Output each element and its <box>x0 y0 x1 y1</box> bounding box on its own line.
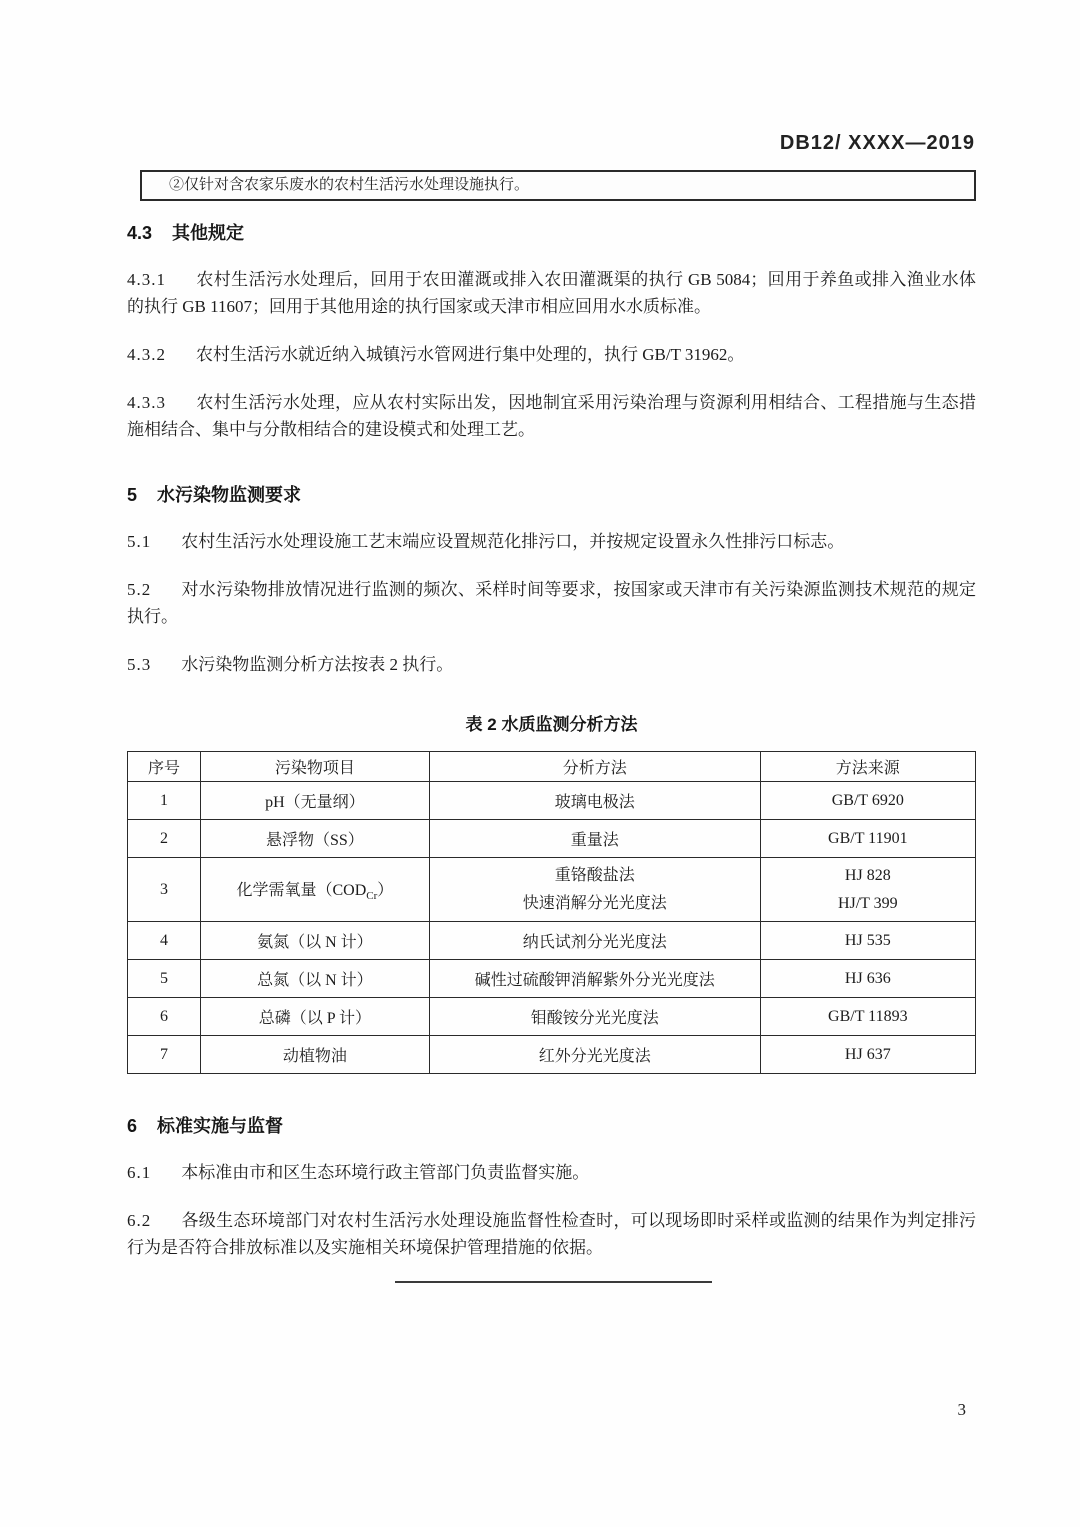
cell-method: 玻璃电极法 <box>429 782 760 820</box>
cell-no: 1 <box>128 782 201 820</box>
clause-text: 对水污染物排放情况进行监测的频次、采样时间等要求，按国家或天津市有关污染源监测技… <box>127 580 976 626</box>
cell-source: GB/T 11901 <box>760 820 975 858</box>
clause-number: 5.3 <box>127 655 151 674</box>
source-line-2: HJ/T 399 <box>765 890 971 918</box>
cell-source: GB/T 11893 <box>760 998 975 1036</box>
end-of-text-rule <box>395 1281 712 1283</box>
document-page: DB12/ XXXX—2019 ②仅针对含农家乐废水的农村生活污水处理设施执行。… <box>0 0 1080 1527</box>
cell-pollutant: 悬浮物（SS） <box>200 820 429 858</box>
table-row: 5 总氮（以 N 计） 碱性过硫酸钾消解紫外分光光度法 HJ 636 <box>128 960 976 998</box>
clause-number: 4.3.2 <box>127 345 166 364</box>
footnote-text: ②仅针对含农家乐废水的农村生活污水处理设施执行。 <box>169 177 529 193</box>
cell-source: GB/T 6920 <box>760 782 975 820</box>
source-line-1: HJ 828 <box>765 862 971 890</box>
cell-no: 7 <box>128 1036 201 1074</box>
table-row: 4 氨氮（以 N 计） 纳氏试剂分光光度法 HJ 535 <box>128 922 976 960</box>
cell-method: 红外分光光度法 <box>429 1036 760 1074</box>
table-footnote-box: ②仅针对含农家乐废水的农村生活污水处理设施执行。 <box>140 170 976 201</box>
clause-text: 农村生活污水处理设施工艺末端应设置规范化排污口，并按规定设置永久性排污口标志。 <box>181 532 844 551</box>
col-header-no: 序号 <box>128 752 201 782</box>
table-row: 1 pH（无量纲） 玻璃电极法 GB/T 6920 <box>128 782 976 820</box>
clause-text: 农村生活污水处理，应从农村实际出发，因地制宜采用污染治理与资源利用相结合、工程措… <box>127 393 976 439</box>
cell-method: 钼酸铵分光光度法 <box>429 998 760 1036</box>
clause-5-3: 5.3水污染物监测分析方法按表 2 执行。 <box>127 651 976 678</box>
cell-pollutant: pH（无量纲） <box>200 782 429 820</box>
cell-method: 重铬酸盐法 快速消解分光光度法 <box>429 858 760 922</box>
table-header-row: 序号 污染物项目 分析方法 方法来源 <box>128 752 976 782</box>
clause-6-1: 6.1本标准由市和区生态环境行政主管部门负责监督实施。 <box>127 1159 976 1186</box>
clause-text: 本标准由市和区生态环境行政主管部门负责监督实施。 <box>181 1163 589 1182</box>
section-heading-6: 6标准实施与监督 <box>127 1114 976 1138</box>
clause-4-3-2: 4.3.2农村生活污水就近纳入城镇污水管网进行集中处理的，执行 GB/T 319… <box>127 341 976 368</box>
section-heading-4-3: 4.3其他规定 <box>127 221 976 245</box>
cell-pollutant: 化学需氧量（CODCr） <box>200 858 429 922</box>
clause-text: 各级生态环境部门对农村生活污水处理设施监督性检查时，可以现场即时采样或监测的结果… <box>127 1211 976 1257</box>
cell-source: HJ 535 <box>760 922 975 960</box>
cell-no: 3 <box>128 858 201 922</box>
cell-pollutant: 动植物油 <box>200 1036 429 1074</box>
clause-number: 5.2 <box>127 580 151 599</box>
col-header-method: 分析方法 <box>429 752 760 782</box>
page-content: ②仅针对含农家乐废水的农村生活污水处理设施执行。 4.3其他规定 4.3.1农村… <box>127 170 976 1261</box>
clause-6-2: 6.2各级生态环境部门对农村生活污水处理设施监督性检查时，可以现场即时采样或监测… <box>127 1207 976 1261</box>
cell-pollutant: 总磷（以 P 计） <box>200 998 429 1036</box>
table-row: 7 动植物油 红外分光光度法 HJ 637 <box>128 1036 976 1074</box>
page-number: 3 <box>958 1400 967 1420</box>
cell-no: 6 <box>128 998 201 1036</box>
pollutant-text-end: ） <box>377 882 393 899</box>
cell-source: HJ 637 <box>760 1036 975 1074</box>
section-number: 5 <box>127 485 137 505</box>
pollutant-text: 化学需氧量（COD <box>236 882 366 899</box>
clause-text: 农村生活污水就近纳入城镇污水管网进行集中处理的，执行 GB/T 31962。 <box>196 345 744 364</box>
section-number: 4.3 <box>127 223 152 243</box>
clause-number: 6.2 <box>127 1211 151 1230</box>
cell-method: 纳氏试剂分光光度法 <box>429 922 760 960</box>
clause-number: 4.3.1 <box>127 270 166 289</box>
cell-no: 2 <box>128 820 201 858</box>
cell-source: HJ 828 HJ/T 399 <box>760 858 975 922</box>
cell-no: 5 <box>128 960 201 998</box>
section-title: 标准实施与监督 <box>157 1116 283 1136</box>
section-title: 水污染物监测要求 <box>157 485 301 505</box>
document-code: DB12/ XXXX—2019 <box>780 132 975 155</box>
clause-text: 农村生活污水处理后，回用于农田灌溉或排入农田灌溉渠的执行 GB 5084；回用于… <box>127 270 976 316</box>
table-row: 3 化学需氧量（CODCr） 重铬酸盐法 快速消解分光光度法 HJ 828 HJ… <box>128 858 976 922</box>
table-row: 2 悬浮物（SS） 重量法 GB/T 11901 <box>128 820 976 858</box>
col-header-pollutant: 污染物项目 <box>200 752 429 782</box>
section-heading-5: 5水污染物监测要求 <box>127 483 976 507</box>
clause-5-2: 5.2对水污染物排放情况进行监测的频次、采样时间等要求，按国家或天津市有关污染源… <box>127 576 976 630</box>
cell-pollutant: 总氮（以 N 计） <box>200 960 429 998</box>
pollutant-subscript: Cr <box>366 890 377 902</box>
method-line-1: 重铬酸盐法 <box>434 862 756 890</box>
col-header-source: 方法来源 <box>760 752 975 782</box>
cell-method: 重量法 <box>429 820 760 858</box>
clause-4-3-3: 4.3.3农村生活污水处理，应从农村实际出发，因地制宜采用污染治理与资源利用相结… <box>127 389 976 443</box>
cell-method: 碱性过硫酸钾消解紫外分光光度法 <box>429 960 760 998</box>
method-line-2: 快速消解分光光度法 <box>434 890 756 918</box>
clause-number: 4.3.3 <box>127 393 166 412</box>
cell-pollutant: 氨氮（以 N 计） <box>200 922 429 960</box>
clause-number: 6.1 <box>127 1163 151 1182</box>
clause-text: 水污染物监测分析方法按表 2 执行。 <box>181 655 453 674</box>
cell-no: 4 <box>128 922 201 960</box>
cell-source: HJ 636 <box>760 960 975 998</box>
clause-number: 5.1 <box>127 532 151 551</box>
table-row: 6 总磷（以 P 计） 钼酸铵分光光度法 GB/T 11893 <box>128 998 976 1036</box>
table-caption: 表 2 水质监测分析方法 <box>127 710 976 735</box>
monitoring-methods-table: 序号 污染物项目 分析方法 方法来源 1 pH（无量纲） 玻璃电极法 GB/T … <box>127 751 976 1074</box>
clause-4-3-1: 4.3.1农村生活污水处理后，回用于农田灌溉或排入农田灌溉渠的执行 GB 508… <box>127 266 976 320</box>
section-title: 其他规定 <box>172 223 244 243</box>
clause-5-1: 5.1农村生活污水处理设施工艺末端应设置规范化排污口，并按规定设置永久性排污口标… <box>127 528 976 555</box>
section-number: 6 <box>127 1116 137 1136</box>
